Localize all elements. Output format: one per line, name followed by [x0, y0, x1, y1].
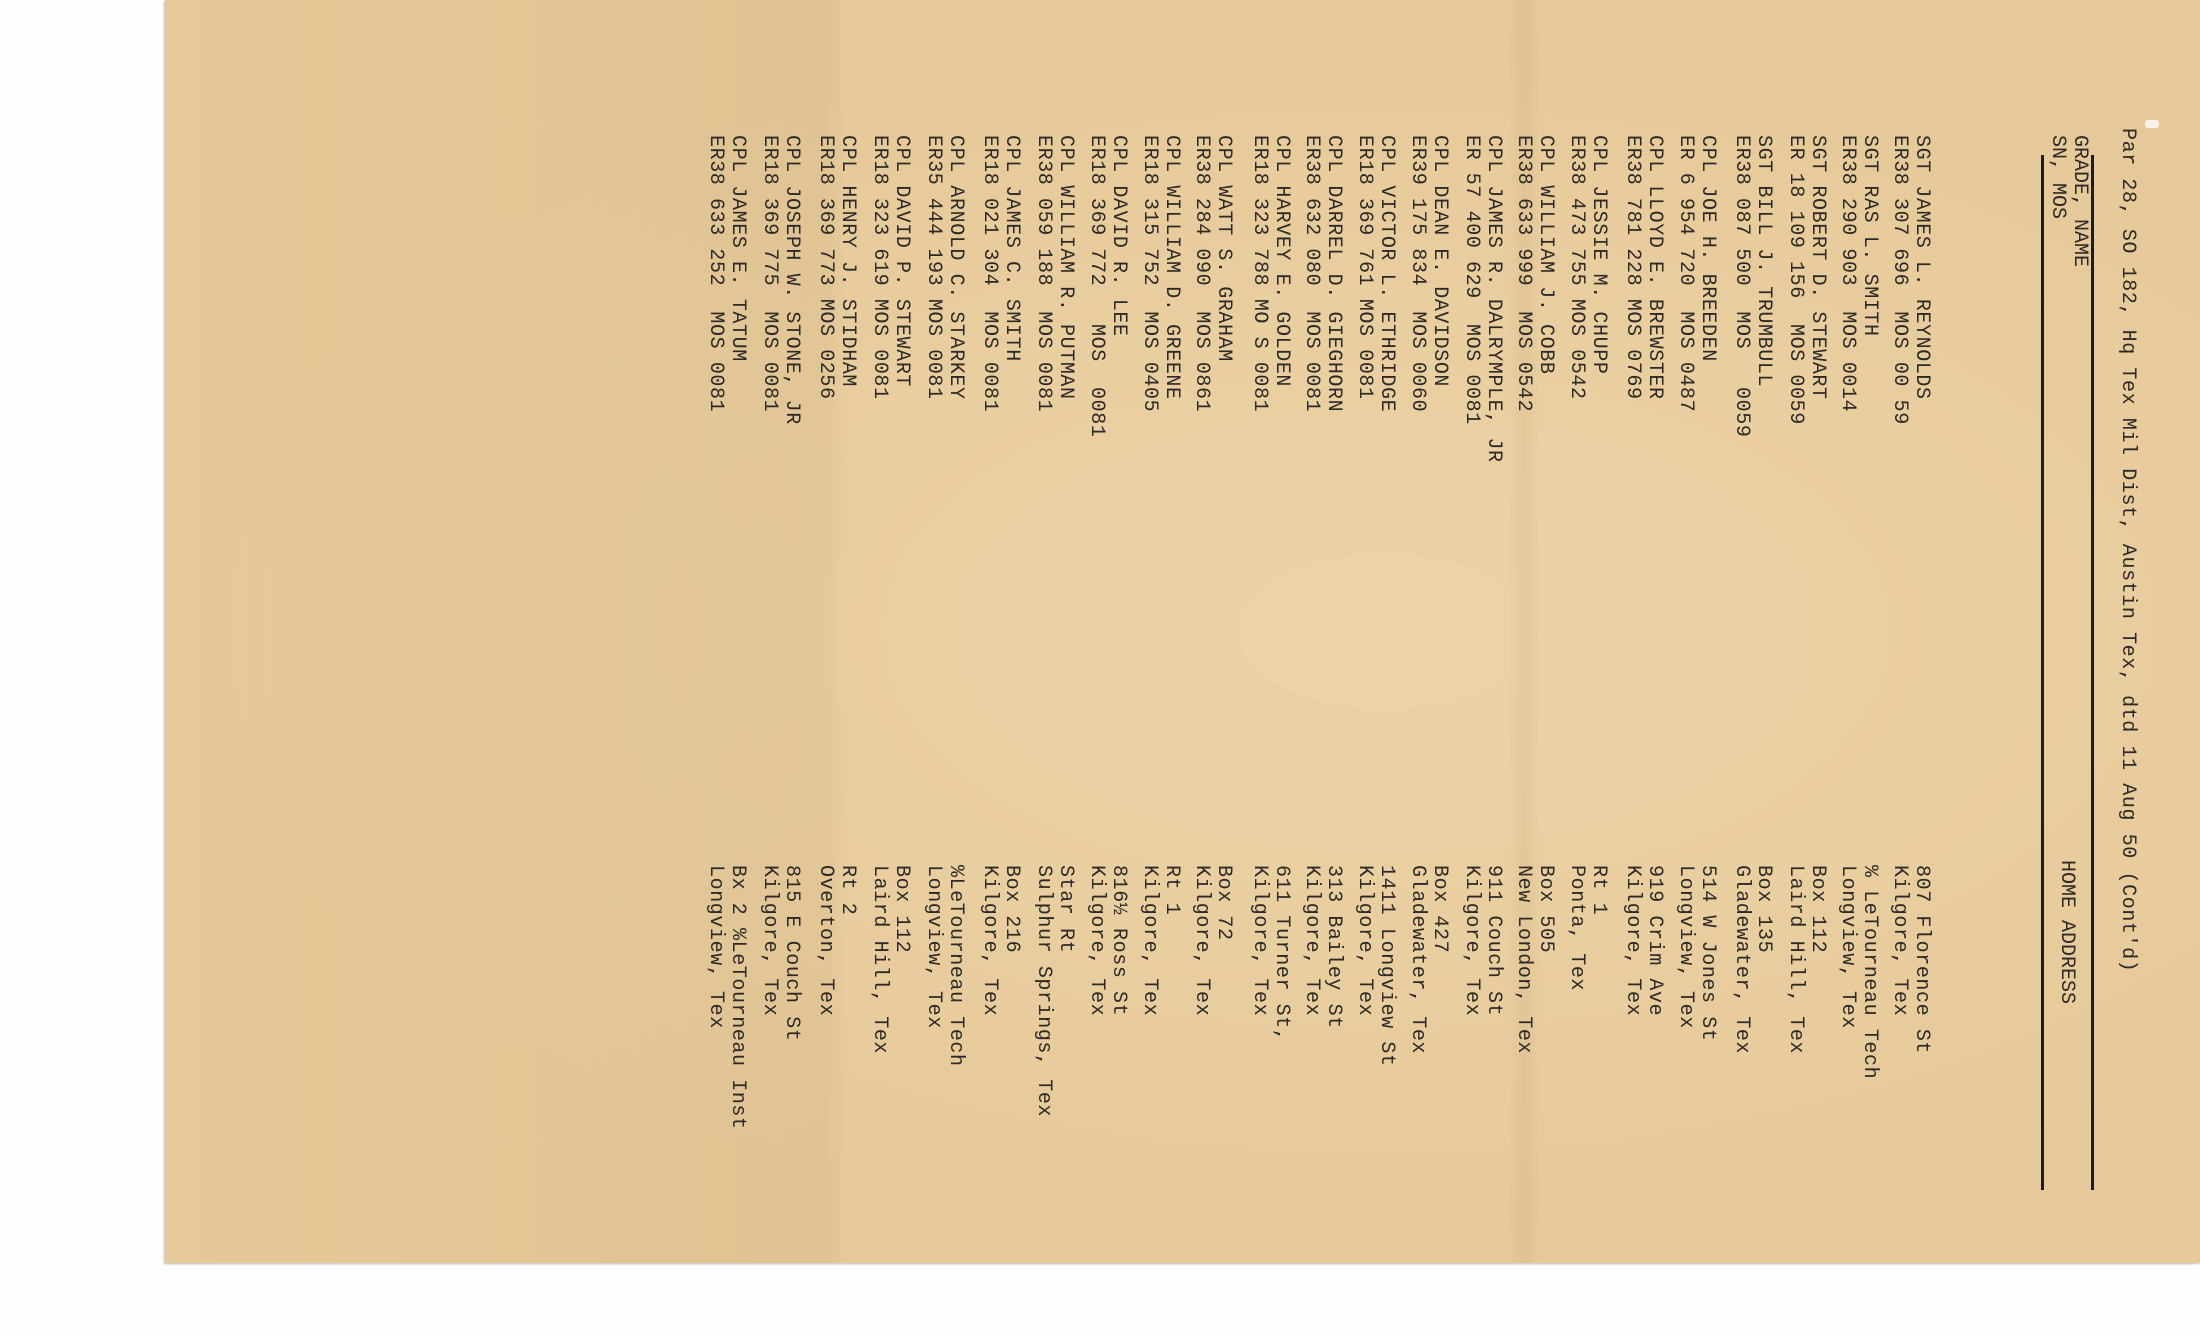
column-header-home-address: HOME ADDRESS: [2055, 860, 2077, 1004]
entry-grade-name: CPL JAMES C. SMITH: [1000, 135, 1022, 362]
entry-grade-name: CPL JAMES R. DALRYMPLE, JR: [1482, 135, 1504, 463]
entry-home-address-line: Kilgore, Tex: [1190, 865, 1212, 1016]
entry-sn-mos: ER18 315 752 MOS 0405: [1138, 135, 1160, 412]
entry-grade-name: CPL HENRY J. STIDHAM: [836, 135, 858, 387]
entry-sn-mos: ER38 781 228 MOS 0769: [1621, 135, 1643, 400]
entry-home-address-line: 514 W Jones St: [1696, 865, 1718, 1041]
entry-grade-name: CPL HARVEY E. GOLDEN: [1270, 135, 1292, 387]
entry-sn-mos: ER38 307 696 MOS 00 59: [1888, 135, 1910, 425]
entry-home-address-line: % LeTourneau Tech: [1858, 865, 1880, 1079]
entry-sn-mos: ER35 444 193 MOS 0081: [922, 135, 944, 400]
entry-home-address-line: Longview, Tex: [1836, 865, 1858, 1029]
entry-grade-name: CPL WILLIAM J. COBB: [1534, 135, 1556, 374]
entry-home-address-line: 807 Florence St: [1910, 865, 1932, 1054]
entry-home-address-line: Longview, Tex: [704, 865, 726, 1029]
entry-sn-mos: ER38 290 903 MOS 0014: [1836, 135, 1858, 412]
entry-home-address-line: Rt 2: [836, 865, 858, 915]
entry-grade-name: CPL DAVID R. LEE: [1107, 135, 1129, 337]
entry-sn-mos: ER38 087 500 MOS 0059: [1730, 135, 1752, 437]
entry-home-address-line: Laird Hill, Tex: [1784, 865, 1806, 1054]
entry-home-address-line: Kilgore, Tex: [978, 865, 1000, 1016]
entry-home-address-line: Rt 1: [1587, 865, 1609, 915]
entry-grade-name: CPL ARNOLD C. STARKEY: [944, 135, 966, 400]
entry-grade-name: CPL WILLIAM D. GREENE: [1160, 135, 1182, 400]
entry-sn-mos: ER18 021 304 MOS 0081: [978, 135, 1000, 412]
entry-sn-mos: ER38 632 080 MOS 0081: [1300, 135, 1322, 412]
entry-home-address-line: Laird Hill, Tex: [868, 865, 890, 1054]
entry-home-address-line: Box 135: [1752, 865, 1774, 953]
entry-sn-mos: ER18 323 619 MOS 0081: [868, 135, 890, 400]
entry-home-address-line: Gladewater, Tex: [1406, 865, 1428, 1054]
entry-home-address-line: Kilgore, Tex: [1460, 865, 1482, 1016]
entry-home-address-line: Bx 2 %LeTourneau Inst: [726, 865, 748, 1130]
entry-grade-name: SGT JAMES L. REYNOLDS: [1910, 135, 1932, 400]
entry-grade-name: CPL JOE H. BREEDEN: [1696, 135, 1718, 362]
entry-grade-name: CPL VICTOR L. ETHRIDGE: [1375, 135, 1397, 412]
entry-sn-mos: ER39 175 834 MOS 0060: [1406, 135, 1428, 412]
entry-home-address-line: Box 72: [1212, 865, 1234, 941]
entry-home-address-line: Star Rt: [1054, 865, 1076, 953]
column-header-sn-mos: SN, MOS: [2046, 135, 2068, 219]
entry-grade-name: SGT ROBERT D. STEWART: [1806, 135, 1828, 400]
entry-home-address-line: Box 505: [1534, 865, 1556, 953]
header-bottom-rule: [2041, 155, 2044, 1190]
entry-home-address-line: Box 112: [1806, 865, 1828, 953]
entry-sn-mos: ER 57 400 629 MOS 0081: [1460, 135, 1482, 425]
entry-home-address-line: 1411 Longview St: [1375, 865, 1397, 1067]
entry-grade-name: CPL DEAN E. DAVIDSON: [1428, 135, 1450, 387]
entry-grade-name: SGT RAS L. SMITH: [1858, 135, 1880, 337]
entry-home-address-line: Kilgore, Tex: [1621, 865, 1643, 1016]
entry-sn-mos: ER38 633 252 MOS 0081: [704, 135, 726, 412]
document-title: Par 28, SO 182, Hq Tex Mil Dist, Austin …: [2116, 128, 2138, 972]
entry-grade-name: CPL JAMES E. TATUM: [726, 135, 748, 362]
entry-home-address-line: New London, Tex: [1512, 865, 1534, 1054]
scanned-document-page: Par 28, SO 182, Hq Tex Mil Dist, Austin …: [165, 0, 2200, 1263]
entry-grade-name: CPL JOSEPH W. STONE, JR: [780, 135, 802, 425]
entry-sn-mos: ER38 059 188 MOS 0081: [1032, 135, 1054, 412]
entry-home-address-line: %LeTourneau Tech: [944, 865, 966, 1067]
rotated-text-layer: Par 28, SO 182, Hq Tex Mil Dist, Austin …: [165, 0, 2200, 1263]
entry-grade-name: CPL WILLIAM R. PUTMAN: [1054, 135, 1076, 400]
entry-sn-mos: ER38 633 999 MOS 0542: [1512, 135, 1534, 412]
entry-sn-mos: ER 6 954 720 MOS 0487: [1674, 135, 1696, 412]
entry-home-address-line: 815 E Couch St: [780, 865, 802, 1041]
entry-sn-mos: ER18 369 773 MOS 0256: [814, 135, 836, 400]
entry-home-address-line: 313 Bailey St: [1322, 865, 1344, 1029]
entry-home-address-line: Ponta, Tex: [1565, 865, 1587, 991]
entry-home-address-line: Kilgore, Tex: [1353, 865, 1375, 1016]
header-top-rule: [2091, 155, 2094, 1190]
entry-home-address-line: 919 Crim Ave: [1643, 865, 1665, 1016]
entry-sn-mos: ER18 369 775 MOS 0081: [758, 135, 780, 412]
entry-grade-name: CPL DARREL D. GIEGHORN: [1322, 135, 1344, 412]
entry-grade-name: CPL WATT S. GRAHAM: [1212, 135, 1234, 362]
entry-home-address-line: 611 Turner St,: [1270, 865, 1292, 1041]
entry-home-address-line: 911 Couch St: [1482, 865, 1504, 1016]
entry-home-address-line: Kilgore, Tex: [1138, 865, 1160, 1016]
entry-sn-mos: ER38 284 090 MOS 0861: [1190, 135, 1212, 412]
entry-grade-name: CPL JESSIE M. CHUPP: [1587, 135, 1609, 374]
entry-home-address-line: Kilgore, Tex: [1085, 865, 1107, 1016]
entry-home-address-line: Longview, Tex: [922, 865, 944, 1029]
entry-home-address-line: 816½ Ross St: [1107, 865, 1129, 1016]
entry-home-address-line: Longview, Tex: [1674, 865, 1696, 1029]
entry-home-address-line: Box 427: [1428, 865, 1450, 953]
entry-home-address-line: Box 112: [890, 865, 912, 953]
entry-sn-mos: ER18 323 788 MO S 0081: [1248, 135, 1270, 412]
entry-home-address-line: Sulphur Springs, Tex: [1032, 865, 1054, 1117]
entry-home-address-line: Box 216: [1000, 865, 1022, 953]
entry-sn-mos: ER 18 109 156 MOS 0059: [1784, 135, 1806, 425]
entry-sn-mos: ER18 369 761 MOS 0081: [1353, 135, 1375, 400]
entry-grade-name: CPL DAVID P. STEWART: [890, 135, 912, 387]
entry-home-address-line: Kilgore, Tex: [1888, 865, 1910, 1016]
entry-sn-mos: ER38 473 755 MOS 0542: [1565, 135, 1587, 400]
entry-home-address-line: Kilgore, Tex: [1248, 865, 1270, 1016]
entry-home-address-line: Overton, Tex: [814, 865, 836, 1016]
entry-home-address-line: Gladewater, Tex: [1730, 865, 1752, 1054]
entry-home-address-line: Kilgore, Tex: [758, 865, 780, 1016]
entry-grade-name: CPL LLOYD E. BREWSTER: [1643, 135, 1665, 400]
column-header-grade-name: GRADE, NAME: [2068, 135, 2090, 267]
entry-home-address-line: Kilgore, Tex: [1300, 865, 1322, 1016]
entry-home-address-line: Rt 1: [1160, 865, 1182, 915]
entry-grade-name: SGT BILL J. TRUMBULL: [1752, 135, 1774, 387]
entry-sn-mos: ER18 369 772 MOS 0081: [1085, 135, 1107, 437]
